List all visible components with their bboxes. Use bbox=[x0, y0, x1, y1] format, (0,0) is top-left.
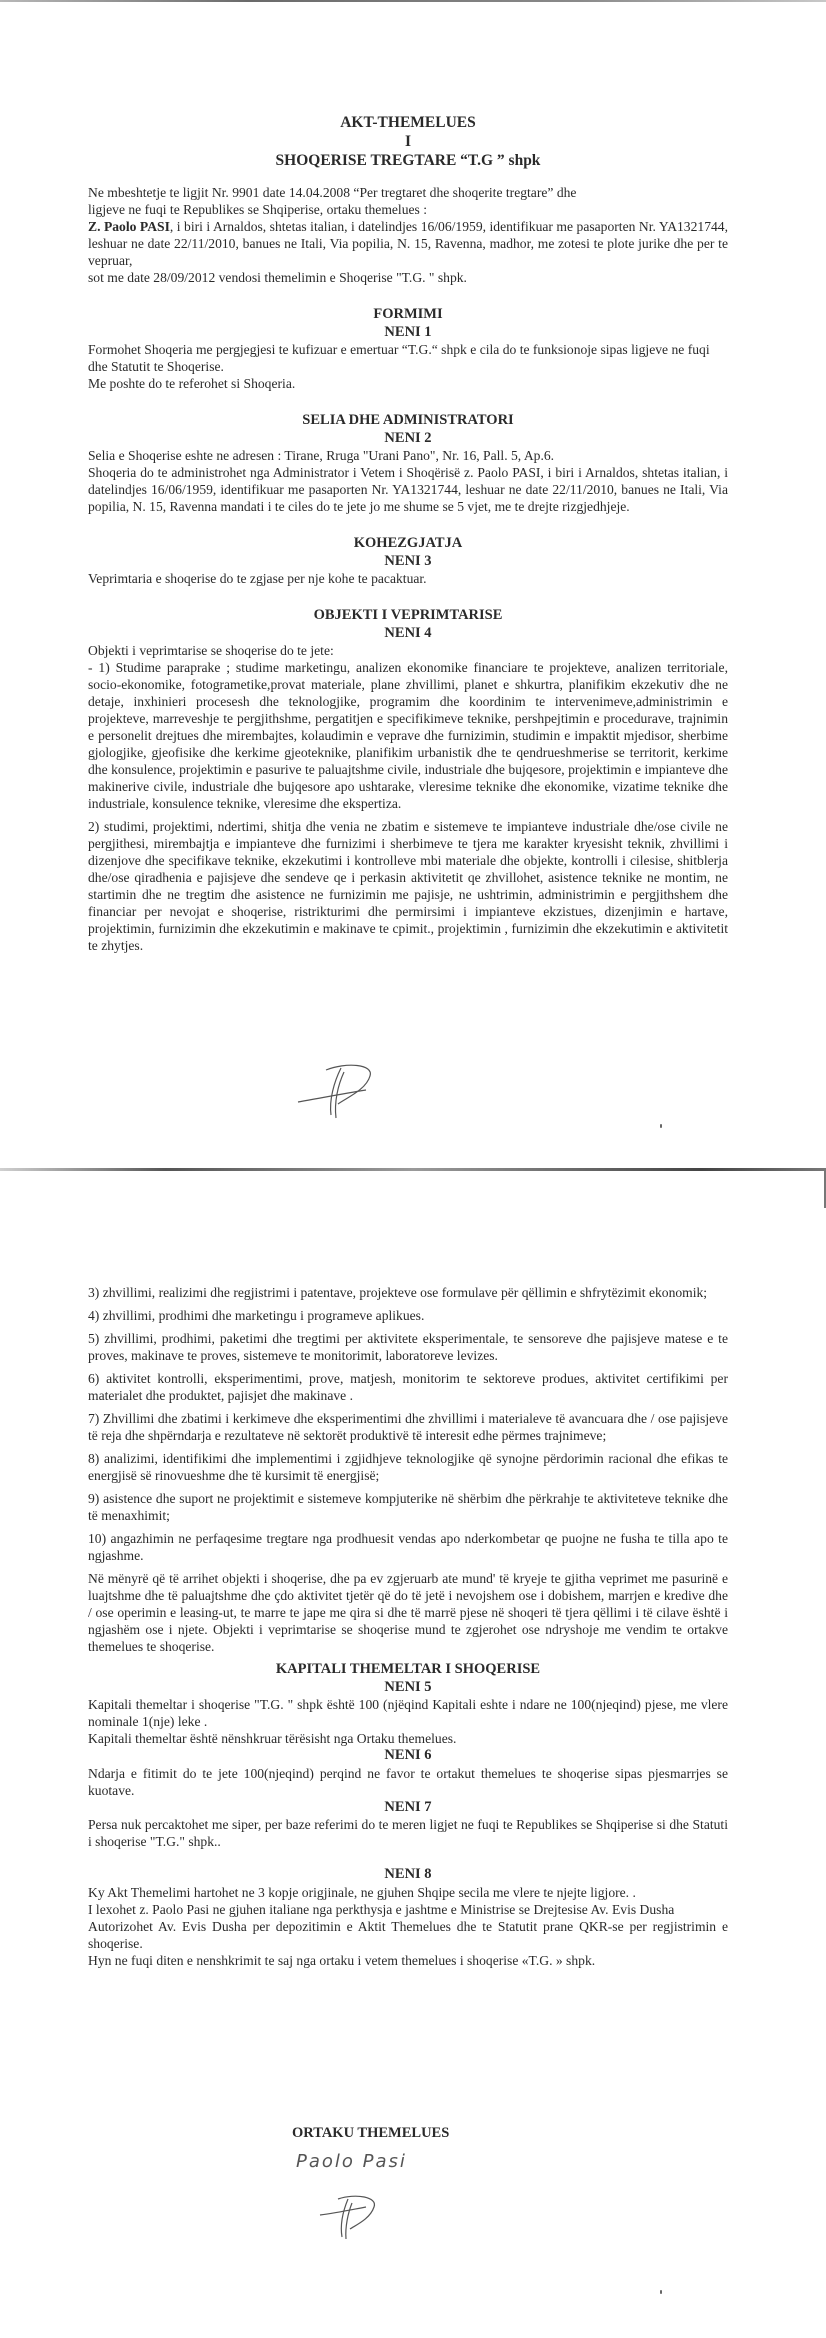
preamble-founder: Z. Paolo PASI, i biri i Arnaldos, shteta… bbox=[88, 218, 728, 269]
article-4-item-3: 3) zhvillimi, realizimi dhe regjistrimi … bbox=[88, 1284, 728, 1301]
article-5-capital: Kapitali themeltar i shoqerise "T.G. " s… bbox=[88, 1696, 728, 1730]
preamble-line-1: Ne mbeshtetje te ligjit Nr. 9901 date 14… bbox=[88, 184, 728, 201]
article-4-item-10: 10) angazhimin ne perfaqesime tregtare n… bbox=[88, 1530, 728, 1564]
article-6-text: Ndarja e fitimit do te jete 100(njeqind)… bbox=[88, 1765, 728, 1799]
article-4-item-5: 5) zhvillimi, prodhimi, paketimi dhe tre… bbox=[88, 1330, 728, 1364]
scan-speck bbox=[660, 2290, 662, 2294]
page-1: AKT-THEMELUES I SHOQERISE TREGTARE “T.G … bbox=[88, 113, 728, 954]
article-5-subscription: Kapitali themeltar është nënshkruar tërë… bbox=[88, 1730, 728, 1747]
signature-initials-icon bbox=[296, 1060, 386, 1125]
article-8-copies: Ky Akt Themelimi hartohet ne 3 kopje ori… bbox=[88, 1884, 728, 1901]
page-separator bbox=[0, 1168, 826, 1171]
article-2-address: Selia e Shoqerise eshte ne adresen : Tir… bbox=[88, 447, 728, 464]
preamble-decision: sot me date 28/09/2012 vendosi themelimi… bbox=[88, 269, 728, 286]
section-heading-objekti: OBJEKTI I VEPRIMTARISE bbox=[88, 607, 728, 625]
article-heading-4: NENI 4 bbox=[88, 625, 728, 643]
handwritten-name: Paolo Pasi bbox=[296, 2151, 407, 2172]
article-4-item-6: 6) aktivitet kontrolli, eksperimentimi, … bbox=[88, 1370, 728, 1404]
article-4-closing: Në mënyrë që të arrihet objekti i shoqer… bbox=[88, 1570, 728, 1655]
article-heading-3: NENI 3 bbox=[88, 553, 728, 571]
article-8-translation: I lexohet z. Paolo Pasi ne gjuhen italia… bbox=[88, 1901, 728, 1918]
article-1-text: Formohet Shoqeria me pergjegjesi te kufi… bbox=[88, 341, 728, 375]
article-8-effective: Hyn ne fuqi diten e nenshkrimit te saj n… bbox=[88, 1952, 728, 1969]
article-4-item-4: 4) zhvillimi, prodhimi dhe marketingu i … bbox=[88, 1307, 728, 1324]
article-4-item-8: 8) analizimi, identifikimi dhe implement… bbox=[88, 1450, 728, 1484]
founder-name: Z. Paolo PASI bbox=[88, 219, 170, 234]
signature-label: ORTAKU THEMELUES bbox=[292, 2125, 449, 2142]
document-subtitle: SHOQERISE TREGTARE “T.G ” shpk bbox=[88, 151, 728, 170]
article-heading-2: NENI 2 bbox=[88, 430, 728, 448]
signature-initials-icon bbox=[318, 2193, 388, 2241]
founder-details: , i biri i Arnaldos, shtetas italian, i … bbox=[88, 219, 728, 268]
article-heading-8: NENI 8 bbox=[88, 1866, 728, 1884]
section-heading-formimi: FORMIMI bbox=[88, 306, 728, 324]
document-title: AKT-THEMELUES bbox=[88, 113, 728, 132]
article-heading-5: NENI 5 bbox=[88, 1679, 728, 1697]
section-heading-kohezgjatja: KOHEZGJATJA bbox=[88, 535, 728, 553]
article-2-administrator: Shoqeria do te administrohet nga Adminis… bbox=[88, 464, 728, 515]
section-heading-kapitali: KAPITALI THEMELTAR I SHOQERISE bbox=[88, 1661, 728, 1679]
article-heading-1: NENI 1 bbox=[88, 324, 728, 342]
article-heading-6: NENI 6 bbox=[88, 1747, 728, 1765]
article-heading-7: NENI 7 bbox=[88, 1799, 728, 1817]
preamble-line-2: ligjeve ne fuqi te Republikes se Shqiper… bbox=[88, 201, 728, 218]
article-7-text: Persa nuk percaktohet me siper, per baze… bbox=[88, 1816, 728, 1850]
article-4-item-9: 9) asistence dhe suport ne projektimit e… bbox=[88, 1490, 728, 1524]
article-4-item-1: - 1) Studime paraprake ; studime marketi… bbox=[88, 659, 728, 812]
article-4-item-7: 7) Zhvillimi dhe zbatimi i kerkimeve dhe… bbox=[88, 1410, 728, 1444]
article-4-item-2: 2) studimi, projektimi, ndertimi, shitja… bbox=[88, 818, 728, 954]
article-8-authorization: Autorizohet Av. Evis Dusha per depozitim… bbox=[88, 1918, 728, 1952]
document-title-connector: I bbox=[88, 132, 728, 151]
scan-edge-top bbox=[0, 0, 826, 2]
article-4-intro: Objekti i veprimtarise se shoqerise do t… bbox=[88, 642, 728, 659]
scan-speck bbox=[660, 1124, 662, 1128]
article-3-text: Veprimtaria e shoqerise do te zgjase per… bbox=[88, 570, 728, 587]
article-1-text-2: Me poshte do te referohet si Shoqeria. bbox=[88, 375, 728, 392]
page-2: 3) zhvillimi, realizimi dhe regjistrimi … bbox=[88, 1284, 728, 1969]
section-heading-selia: SELIA DHE ADMINISTRATORI bbox=[88, 412, 728, 430]
